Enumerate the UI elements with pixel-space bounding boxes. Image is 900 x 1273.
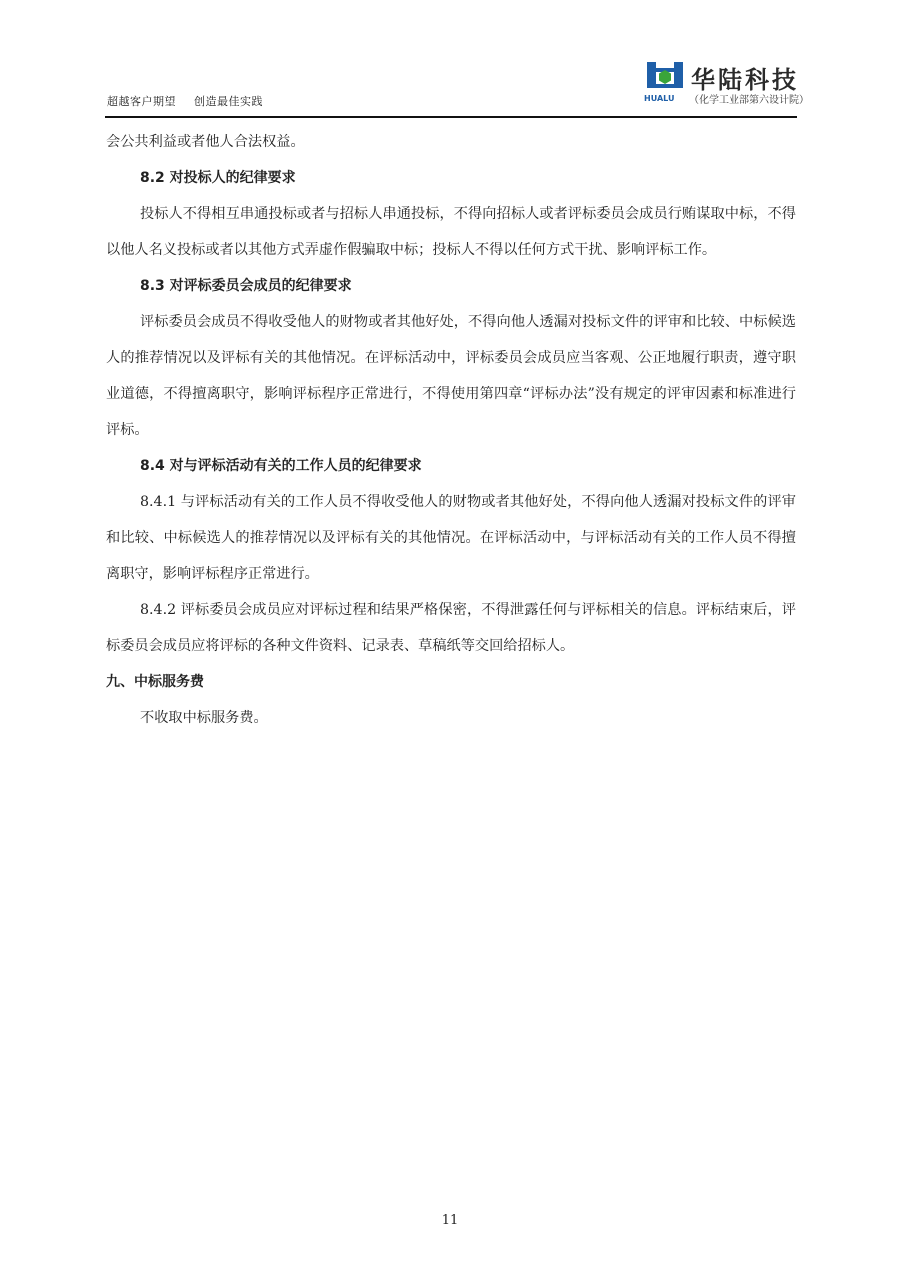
chapter-heading-9: 九、中标服务费 (106, 664, 796, 700)
logo-company-name: 华陆科技 (691, 60, 799, 95)
hualu-logo-icon: HUALU (643, 60, 687, 104)
paragraph: 投标人不得相互串通投标或者与招标人串通投标，不得向招标人或者评标委员会成员行贿谋… (106, 196, 796, 268)
logo-subtitle: （化学工业部第六设计院） (689, 91, 809, 106)
paragraph-8-4-1: 8.4.1 与评标活动有关的工作人员不得收受他人的财物或者其他好处，不得向他人透… (106, 484, 796, 592)
paragraph-8-4-2: 8.4.2 评标委员会成员应对评标过程和结果严格保密，不得泄露任何与评标相关的信… (106, 592, 796, 664)
paragraph: 评标委员会成员不得收受他人的财物或者其他好处，不得向他人透漏对投标文件的评审和比… (106, 304, 796, 448)
company-logo: HUALU 华陆科技 （化学工业部第六设计院） (643, 58, 813, 106)
svg-text:HUALU: HUALU (644, 94, 674, 103)
header-slogan: 超越客户期望 创造最佳实践 (107, 93, 263, 109)
slogan-part-1: 超越客户期望 (107, 93, 176, 109)
section-heading-8-3: 8.3 对评标委员会成员的纪律要求 (106, 268, 796, 304)
document-body: 会公共利益或者他人合法权益。 8.2 对投标人的纪律要求 投标人不得相互串通投标… (106, 124, 796, 736)
paragraph: 不收取中标服务费。 (106, 700, 796, 736)
section-heading-8-4: 8.4 对与评标活动有关的工作人员的纪律要求 (106, 448, 796, 484)
section-heading-8-2: 8.2 对投标人的纪律要求 (106, 160, 796, 196)
continuation-text: 会公共利益或者他人合法权益。 (106, 124, 796, 160)
page-number: 11 (0, 1213, 900, 1228)
header-divider (105, 116, 797, 118)
slogan-part-2: 创造最佳实践 (194, 93, 263, 109)
